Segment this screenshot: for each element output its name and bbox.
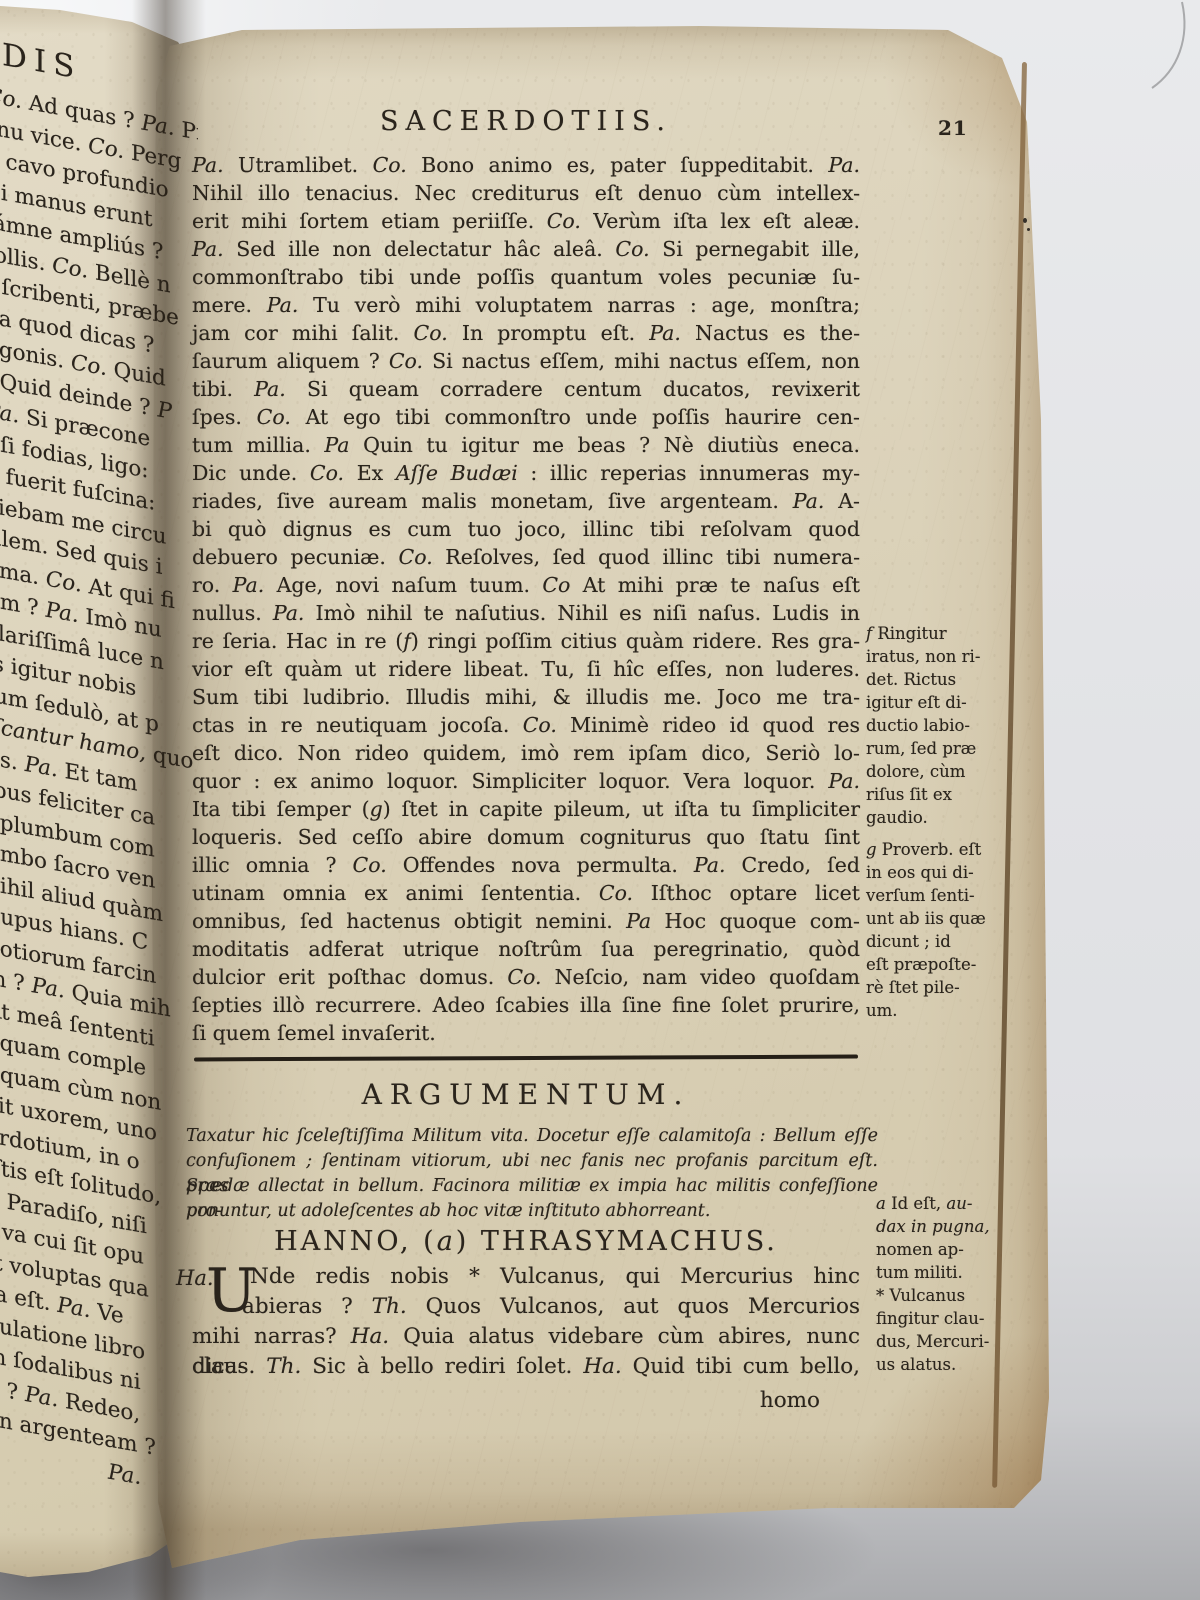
text: ponuntur, ut adoleſcentes ab hoc vitæ in… — [186, 1201, 710, 1221]
italic-text: Co. — [547, 209, 581, 233]
text-line: prædæ allectat in bellum. Facinora milit… — [186, 1174, 878, 1199]
text-line: in eos qui di- — [866, 861, 1016, 884]
text-line: iratus, non ri- — [866, 645, 1016, 668]
italic-text: a — [437, 1226, 456, 1257]
text: debuero pecuniæ. — [192, 545, 399, 569]
text-line: jam cor mihi ſalit. Co. In promptu eſt. … — [192, 319, 860, 347]
text: rè ſtet pile- — [866, 978, 960, 997]
dialogue-lines: Nde redis nobis * Vulcanus, qui Mercuriu… — [192, 1262, 860, 1382]
italic-text: Co. — [71, 350, 107, 381]
italic-text: Co. — [414, 321, 448, 345]
text-line: a Id eſt, au- — [876, 1192, 1024, 1215]
italic-text: Th. — [266, 1354, 301, 1379]
italic-text: Pa. — [233, 573, 265, 597]
text: n ? — [0, 1375, 25, 1407]
text-line: nomen ap- — [876, 1238, 1024, 1261]
text: Offendes nova permulta. — [387, 853, 694, 877]
text: Utramlibet. — [224, 153, 373, 177]
text-line: Pa. Utramlibet. Co. Bono animo es, pater… — [192, 151, 860, 179]
italic-text: Co. — [310, 461, 344, 485]
text: nullus. — [192, 601, 273, 625]
text-line: dax in pugna, — [876, 1215, 1024, 1238]
text-line: Nihil illo tenacius. Nec crediturus eſt … — [192, 179, 860, 207]
text-line: dicas. Th. Sic à bello rediri ſolet. Ha.… — [192, 1352, 860, 1382]
italic-text: Pa. — [57, 1293, 90, 1324]
text-line: ductio labio- — [866, 714, 1016, 737]
italic-text: Co — [542, 573, 570, 597]
text-line: * Vulcanus — [876, 1284, 1024, 1307]
text: dicas. — [192, 1354, 266, 1379]
text: det. Rictus — [866, 670, 956, 689]
text: omnibus, ſed hactenus obtigit nemini. — [192, 909, 626, 933]
text: Id eſt, — [886, 1194, 947, 1213]
text: tibi. — [192, 377, 254, 401]
text-line: vior eſt quàm ut ridere libeat. Tu, ſi h… — [192, 655, 860, 683]
text-line: abieras ? Th. Quos Vulcanos, aut quos Me… — [192, 1292, 860, 1322]
text: riades, ſive auream malis monetam, ſive … — [192, 489, 793, 513]
italic-text: Co. — [615, 237, 649, 261]
italic-text: Co. — [507, 965, 541, 989]
italic-text: Pa. — [32, 973, 65, 1004]
text-line: gaudio. — [866, 806, 1016, 829]
text-line: illic omnia ? Co. Offendes nova permulta… — [192, 851, 860, 879]
text: Iſthoc optare licet — [633, 881, 860, 905]
text: verſum ſenti- — [866, 886, 975, 905]
text: mere. — [192, 293, 267, 317]
argument-title: ARGUMENTUM. — [192, 1078, 860, 1111]
text: Reſolves, ſed quod illinc tibi numera- — [433, 545, 860, 569]
argument-text: Taxatur hic ſceleſtiſſima Militum vita. … — [186, 1124, 878, 1224]
text-line: dus, Mercuri- — [876, 1330, 1024, 1353]
text: tum militi. — [876, 1263, 963, 1282]
text: Si pernegabit ille, — [650, 237, 860, 261]
ink-speck — [1023, 218, 1027, 223]
text: ſepties illò recurrere. Adeo ſcabies ill… — [192, 993, 860, 1017]
text: bi quò dignus es cum tuo joco, illinc ti… — [192, 517, 860, 541]
text-line: us alatus. — [876, 1353, 1024, 1376]
text-line: fingitur clau- — [876, 1307, 1024, 1330]
text-line: ſi quem ſemel invaſerit. — [192, 1019, 860, 1047]
text: ) THRASYMACHUS. — [456, 1226, 778, 1257]
text: riſus ſit ex — [866, 785, 952, 804]
text: Sic à bello rediri ſolet. — [301, 1354, 583, 1379]
text: eſt dico. Non rideo quidem, imò rem ipſa… — [192, 741, 860, 765]
italic-text: Pa. — [254, 377, 286, 401]
italic-text: Th. — [372, 1294, 407, 1319]
text: Credo, ſed — [726, 853, 861, 877]
text-line: loqueris. Sed ceſſo abire domum cognitur… — [192, 823, 860, 851]
text-line: debuero pecuniæ. Co. Reſolves, ſed quod … — [192, 543, 860, 571]
catchword: homo — [192, 1388, 820, 1413]
text-line: tibi. Pa. Si queam corradere centum duca… — [192, 375, 860, 403]
text: in eos qui di- — [866, 863, 974, 882]
text: dulcior erit poſthac domus. — [192, 965, 507, 989]
text-line: g Proverb. eſt — [866, 838, 1016, 861]
text: * Vulcanus — [876, 1286, 965, 1305]
text-line: mihi narras? Ha. Quia alatus videbare cù… — [192, 1322, 860, 1352]
text: HANNO, ( — [274, 1226, 437, 1257]
text: Quin tu igitur me beas ? Nè diutiùs enec… — [350, 433, 860, 457]
italic-text: au- — [946, 1194, 972, 1213]
text: Si nactus eſſem, mihi nactus eſſem, non — [423, 349, 860, 373]
text: Verùm iſta lex eſt aleæ. — [581, 209, 860, 233]
italic-text: Pa. — [273, 601, 305, 625]
text-line: ſpes. Co. At ego tibi commonſtro unde po… — [192, 403, 860, 431]
text-line: riſus ſit ex — [866, 783, 1016, 806]
text-line: utinam omnia ex animi ſententia. Co. Iſt… — [192, 879, 860, 907]
text-line: quor : ex animo loquor. Simpliciter loqu… — [192, 767, 860, 795]
text-line: ſaurum aliquem ? Co. Si nactus eſſem, mi… — [192, 347, 860, 375]
text-line: dicunt ; id — [866, 930, 1016, 953]
text: ductio labio- — [866, 716, 970, 735]
italic-text: Co. — [0, 83, 22, 114]
italic-text: Co. — [257, 405, 291, 429]
drop-cap: U — [206, 1263, 257, 1319]
text: Tu verò mihi voluptatem narras : age, mo… — [298, 293, 860, 317]
italic-text: a — [876, 1194, 886, 1213]
text: dolore, cùm — [866, 762, 965, 781]
italic-text: Pa — [324, 433, 349, 457]
text: A- — [824, 489, 860, 513]
dialogue-block: Ha. U Nde redis nobis * Vulcanus, qui Me… — [192, 1262, 860, 1382]
text: dicunt ; id — [866, 932, 951, 951]
italic-text: Aſſe Budæi — [396, 461, 518, 485]
text: loqueris. Sed ceſſo abire domum cognitur… — [192, 825, 860, 849]
text-line: tum millia. Pa Quin tu igitur me beas ? … — [192, 431, 860, 459]
text-line: erit mihi ſortem etiam periiſſe. Co. Ver… — [192, 207, 860, 235]
italic-text: Pa. — [267, 293, 299, 317]
text: rum, ſed præ — [866, 739, 976, 758]
text: ) ſtet in capite pileum, ut iſta tu ſimp… — [383, 797, 860, 821]
italic-text: Co. — [88, 133, 124, 164]
text-line: eſt dico. Non rideo quidem, imò rem ipſa… — [192, 739, 860, 767]
italic-text: Pa. — [25, 1381, 58, 1412]
text-line: igitur eſt di- — [866, 691, 1016, 714]
text-line: tum militi. — [876, 1261, 1024, 1284]
text: ctas in re neutiquam jocoſa. — [192, 713, 523, 737]
text: Taxatur hic ſceleſtiſſima Militum vita. … — [186, 1126, 878, 1146]
text-line: ſepties illò recurrere. Adeo ſcabies ill… — [192, 991, 860, 1019]
italic-text: Pa — [626, 909, 651, 933]
text-line: Pa. Sed ille non delectatur hâc aleâ. Co… — [192, 235, 860, 263]
italic-text: Co. — [389, 349, 423, 373]
italic-text: Pa. — [25, 751, 58, 782]
text: eſt præpoſte- — [866, 955, 976, 974]
text: re ſeria. Hac in re ( — [192, 629, 403, 653]
text-line: unt ab iis quæ — [866, 907, 1016, 930]
text: moditatis adferat utrique noſtrûm ſua pe… — [192, 937, 860, 961]
text-line: Nde redis nobis * Vulcanus, qui Mercuriu… — [192, 1262, 860, 1292]
text: Nactus es the- — [681, 321, 860, 345]
text: commonſtrabo tibi unde poſſis quantum vo… — [192, 265, 860, 289]
text: ſaurum aliquem ? — [192, 349, 389, 373]
italic-text: Pa. — [0, 398, 19, 429]
text: gaudio. — [866, 808, 928, 827]
book-photo: DIS Co. Ad quas ? Pa. Prrnu vice. Co. Pe… — [0, 0, 1200, 1600]
text-line: Sum tibi ludibrio. Illudis mihi, & illud… — [192, 683, 860, 711]
text-line: confuſionem ; ſentinam vitiorum, ubi nec… — [186, 1149, 878, 1174]
text: Proverb. eſt — [877, 840, 982, 859]
text: igitur eſt di- — [866, 693, 967, 712]
text: m ? — [0, 965, 32, 998]
text-line: bi quò dignus es cum tuo joco, illinc ti… — [192, 515, 860, 543]
text: ſi quem ſemel invaſerit. — [192, 1021, 436, 1045]
text: unt ab iis quæ — [866, 909, 986, 928]
text: tum millia. — [192, 433, 324, 457]
italic-text: Pa. — [793, 489, 825, 513]
italic-text: Co. — [523, 713, 557, 737]
text-line: Ita tibi ſemper (g) ſtet in capite pileu… — [192, 795, 860, 823]
text-line: um. — [866, 999, 1016, 1022]
text: dus, Mercuri- — [876, 1332, 989, 1351]
italic-text: Co. — [52, 252, 88, 283]
text-line: commonſtrabo tibi unde poſſis quantum vo… — [192, 263, 860, 291]
text: Sed ille non delectatur hâc aleâ. — [224, 237, 616, 261]
text-line: mere. Pa. Tu verò mihi voluptatem narras… — [192, 291, 860, 319]
italic-text: Co. — [373, 153, 407, 177]
text: quor : ex animo loquor. Simpliciter loqu… — [192, 769, 828, 793]
italic-text: Pa. — [45, 597, 78, 628]
text: Age, novi naſum tuum. — [264, 573, 542, 597]
text-line: moditatis adferat utrique noſtrûm ſua pe… — [192, 935, 860, 963]
italic-text: Ha. — [583, 1354, 621, 1379]
italic-text: g — [370, 797, 383, 821]
text: iratus, non ri- — [866, 647, 980, 666]
text-line: f Ringitur — [866, 622, 1016, 645]
text: Neſcio, nam video quoſdam — [542, 965, 860, 989]
text: Quos Vulcanos, aut quos Mercurios — [407, 1294, 860, 1319]
text: At ego tibi commonſtro unde poſſis hauri… — [291, 405, 860, 429]
dialogue-title: HANNO, (a) THRASYMACHUS. — [192, 1226, 860, 1257]
text-line: rè ſtet pile- — [866, 976, 1016, 999]
text: Imò nihil te naſutius. Nihil es niſi naſ… — [304, 601, 860, 625]
main-text: Pa. Utramlibet. Co. Bono animo es, pater… — [192, 151, 860, 1047]
italic-text: Ha. — [351, 1324, 389, 1349]
italic-text: Pa. — [649, 321, 681, 345]
margin-note-f: f Ringituriratus, non ri-det. Rictusigit… — [866, 622, 1016, 829]
text: Ringitur — [872, 624, 947, 643]
text: Ve — [90, 1298, 123, 1329]
text: abieras ? — [242, 1294, 372, 1319]
text: illic omnia ? — [192, 853, 353, 877]
text-line: dolore, cùm — [866, 760, 1016, 783]
text: ro. — [192, 573, 233, 597]
text-line: riades, ſive auream malis monetam, ſive … — [192, 487, 860, 515]
text: ſpes. — [192, 405, 257, 429]
text: um. — [866, 1001, 898, 1020]
text-line: omnibus, ſed hactenus obtigit nemini. Pa… — [192, 907, 860, 935]
running-header: SACERDOTIIS. — [192, 106, 860, 137]
italic-text: Pa. — [828, 769, 860, 793]
text-line: re ſeria. Hac in re (f) ringi poſſim cit… — [192, 627, 860, 655]
text: Ex — [344, 461, 396, 485]
italic-text: Pa. — [828, 153, 860, 177]
text-line: rum, ſed præ — [866, 737, 1016, 760]
text-line: nullus. Pa. Imò nihil te naſutius. Nihil… — [192, 599, 860, 627]
text-line: dulcior erit poſthac domus. Co. Neſcio, … — [192, 963, 860, 991]
italic-text: dax in pugna, — [876, 1217, 990, 1236]
italic-text: Pa. — [192, 153, 224, 177]
text: us. — [0, 745, 25, 777]
text: Bono animo es, pater ſuppeditabit. — [407, 153, 829, 177]
text: Minimè rideo id quod res — [557, 713, 860, 737]
italic-text: Co. — [599, 881, 633, 905]
italic-text: Co. — [353, 853, 387, 877]
text: Quid tibi cum bello, — [622, 1354, 860, 1379]
text: Nde redis nobis * Vulcanus, qui Mercuriu… — [250, 1264, 860, 1289]
italic-text: g — [866, 840, 877, 859]
margin-note-g: g Proverb. eſtin eos qui di-verſum ſenti… — [866, 838, 1016, 1022]
text: fingitur clau- — [876, 1309, 984, 1328]
italic-text: Pa. — [192, 237, 224, 261]
italic-text: f — [403, 629, 411, 653]
dust-fiber — [1120, 0, 1200, 110]
text: : illic reperias innumeras my- — [518, 461, 860, 485]
text-line: Dic unde. Co. Ex Aſſe Budæi : illic repe… — [192, 459, 860, 487]
text: nomen ap- — [876, 1240, 964, 1259]
ink-speck — [1027, 228, 1030, 231]
text-line: ponuntur, ut adoleſcentes ab hoc vitæ in… — [186, 1199, 878, 1224]
italic-text: Co. — [399, 545, 433, 569]
text-line: det. Rictus — [866, 668, 1016, 691]
text-line: ro. Pa. Age, novi naſum tuum. Co At mihi… — [192, 571, 860, 599]
italic-text: Co. — [46, 566, 82, 597]
text: Si queam corradere centum ducatos, revix… — [286, 377, 860, 401]
text: Dic unde. — [192, 461, 310, 485]
text: vior eſt quàm ut ridere libeat. Tu, ſi h… — [192, 657, 860, 681]
text: erit mihi ſortem etiam periiſſe. — [192, 209, 547, 233]
text: Sum tibi ludibrio. Illudis mihi, & illud… — [192, 685, 860, 709]
italic-text: Pa. — [694, 853, 726, 877]
text: us alatus. — [876, 1355, 956, 1374]
page-number: 21 — [938, 116, 968, 140]
text: In promptu eſt. — [448, 321, 650, 345]
text: Hoc quoque com- — [651, 909, 860, 933]
text: um ? — [0, 587, 45, 622]
text: Ita tibi ſemper ( — [192, 797, 370, 821]
text: At mihi præ te naſus eſt — [570, 573, 860, 597]
text-line: eſt præpoſte- — [866, 953, 1016, 976]
margin-note-a: a Id eſt, au-dax in pugna,nomen ap-tum m… — [876, 1192, 1024, 1376]
text: utinam omnia ex animi ſententia. — [192, 881, 599, 905]
text: ) ringi poſſim citius quàm ridere. Res g… — [411, 629, 860, 653]
text-line: Taxatur hic ſceleſtiſſima Militum vita. … — [186, 1124, 878, 1149]
text-line: ctas in re neutiquam jocoſa. Co. Minimè … — [192, 711, 860, 739]
text: mihi narras? — [192, 1324, 351, 1349]
text: Nihil illo tenacius. Nec crediturus eſt … — [192, 181, 860, 205]
text-line: verſum ſenti- — [866, 884, 1016, 907]
text: jam cor mihi ſalit. — [192, 321, 414, 345]
